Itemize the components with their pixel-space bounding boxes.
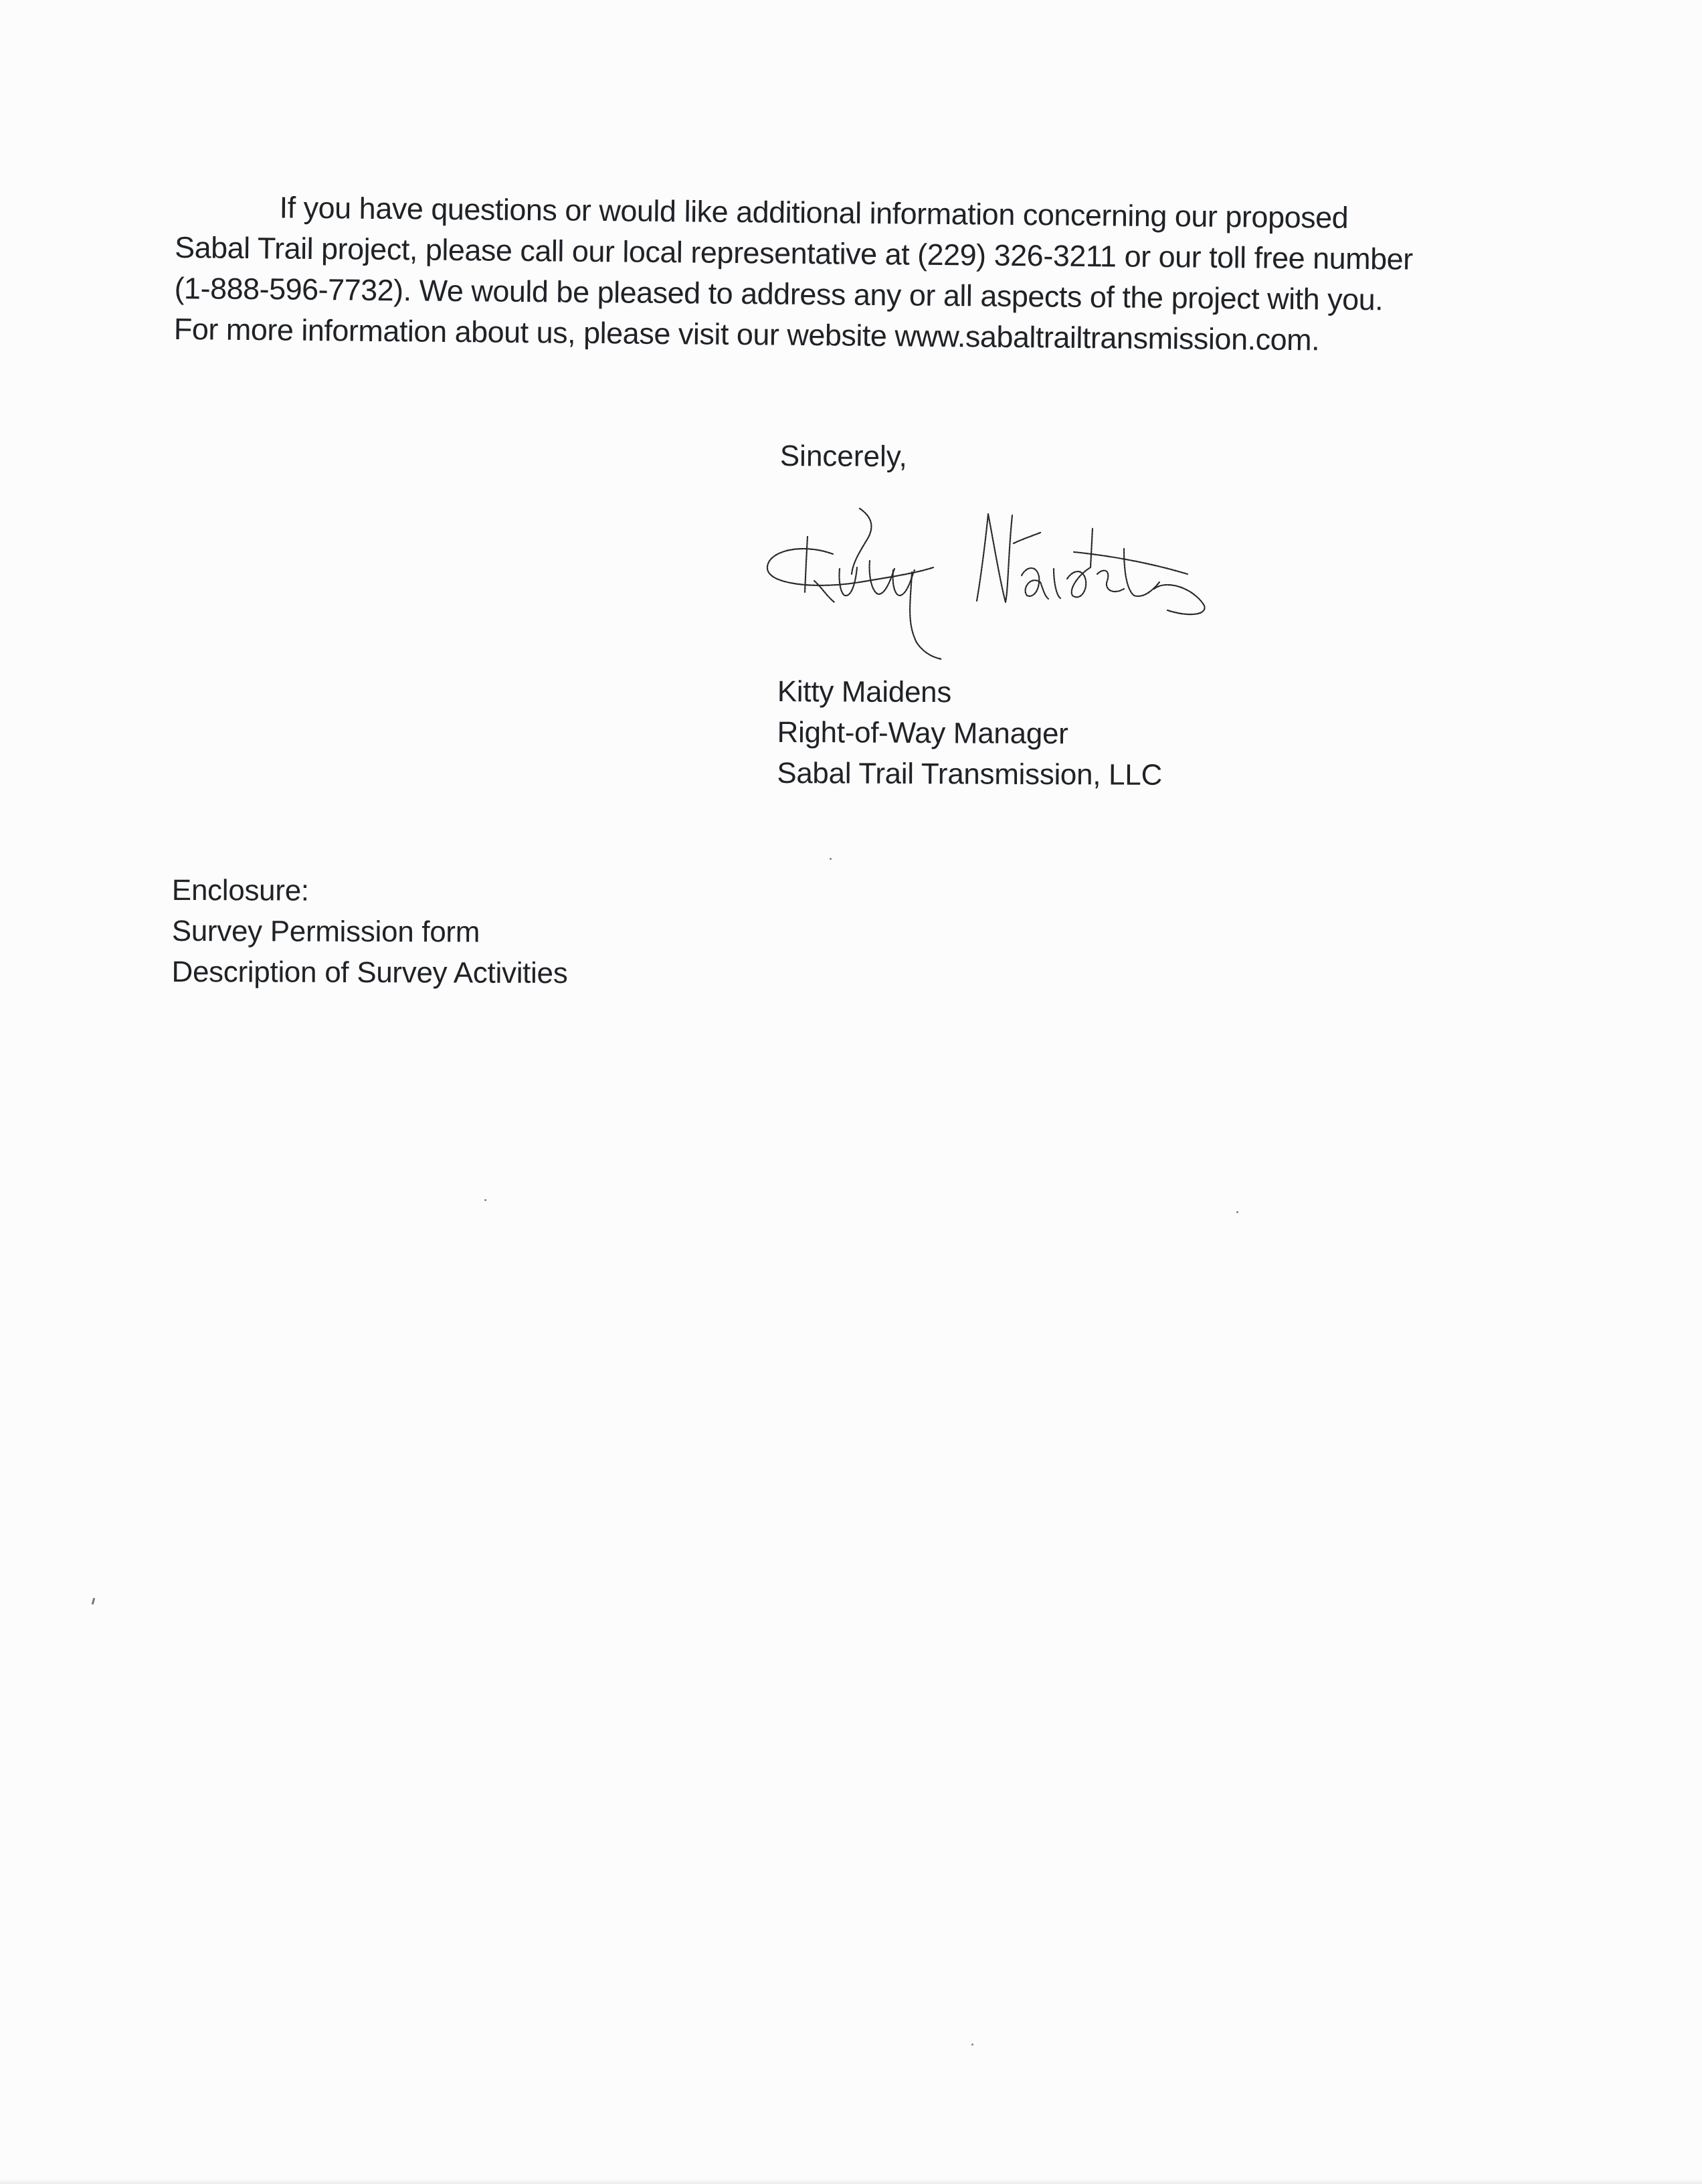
closing-salutation: Sincerely, <box>780 436 907 477</box>
scanned-letter-page: If you have questions or would like addi… <box>0 0 1702 2184</box>
signature-icon <box>759 488 1214 662</box>
signer-name: Kitty Maidens <box>777 671 1163 714</box>
enclosure-item: Description of Survey Activities <box>171 951 567 994</box>
signer-block: Kitty Maidens Right-of-Way Manager Sabal… <box>777 671 1163 796</box>
signer-title: Right-of-Way Manager <box>777 712 1162 755</box>
enclosure-item: Survey Permission form <box>172 911 568 953</box>
scan-speck <box>1236 1211 1238 1213</box>
scan-speck <box>92 1598 95 1605</box>
enclosure-list: Enclosure: Survey Permission form Descri… <box>171 870 568 994</box>
body-paragraph: If you have questions or would like addi… <box>174 186 1513 362</box>
enclosure-heading: Enclosure: <box>172 870 568 912</box>
scan-edge <box>0 2179 1702 2184</box>
signer-company: Sabal Trail Transmission, LLC <box>777 753 1162 796</box>
scan-speck <box>971 2043 973 2045</box>
handwritten-signature <box>759 488 1214 662</box>
scan-speck <box>830 858 832 860</box>
scan-speck <box>484 1199 486 1201</box>
